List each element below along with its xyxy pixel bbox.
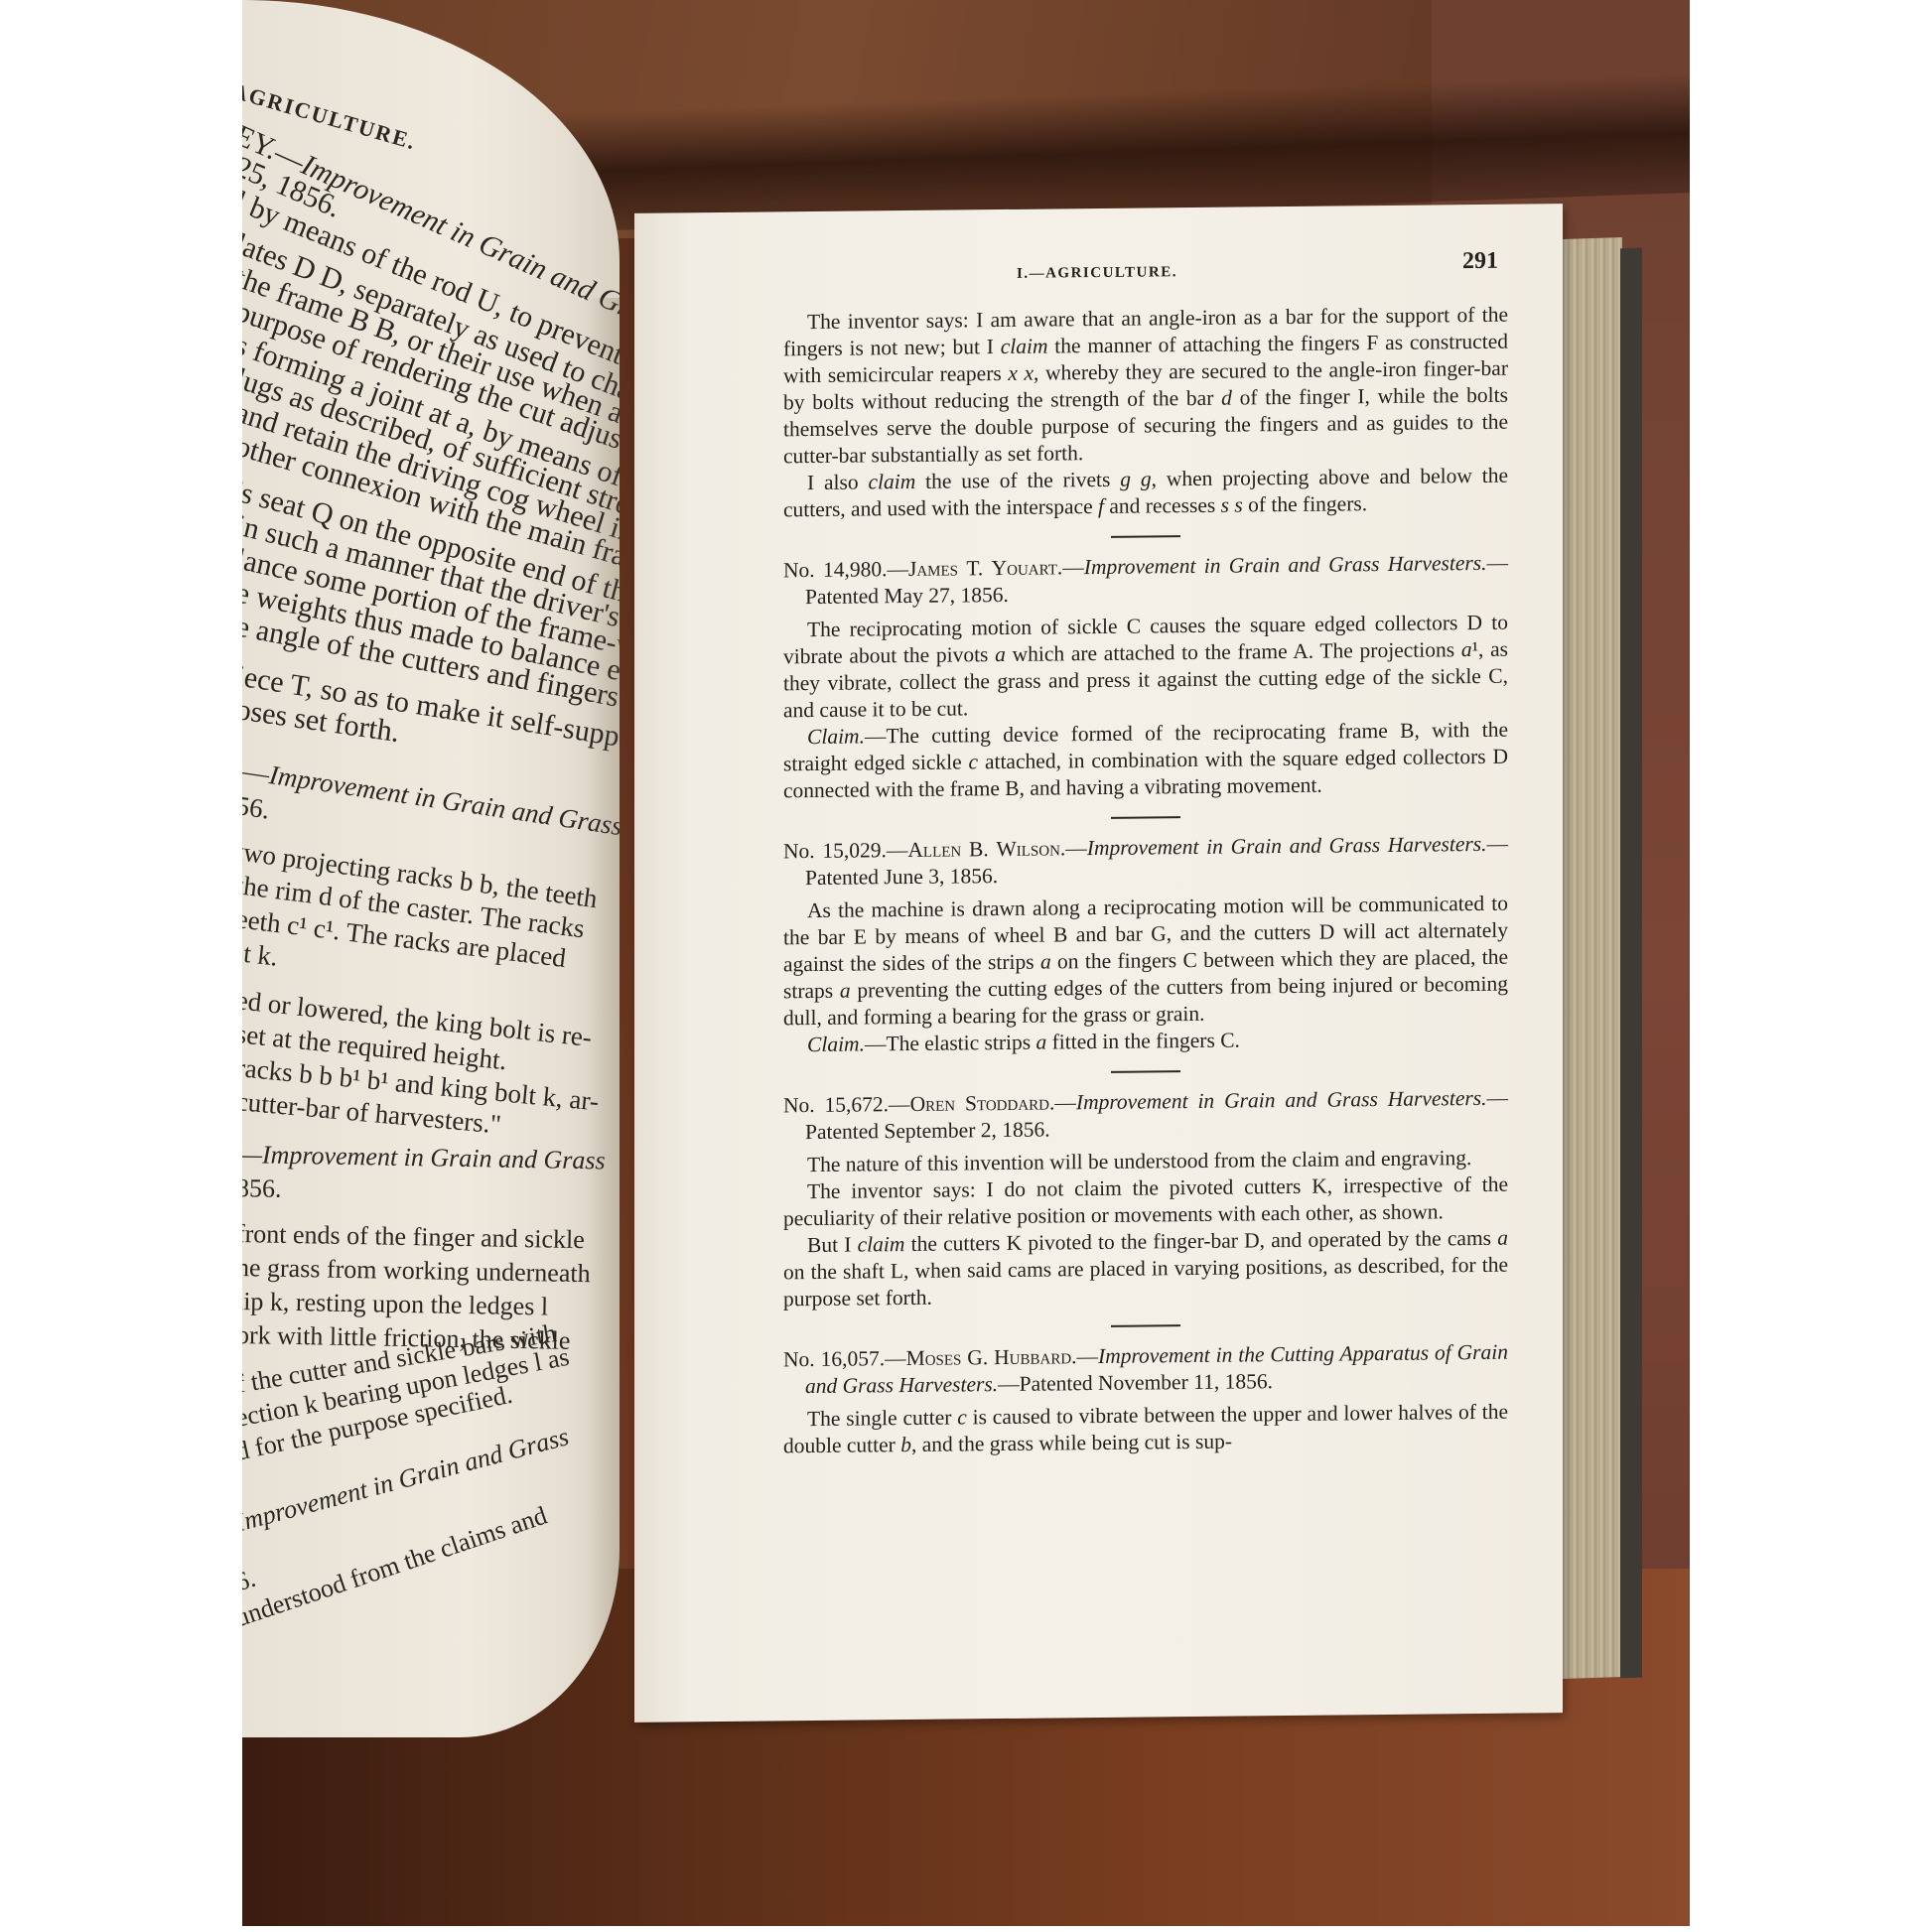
- patent-entry-heading: No. 15,029.—Allen B. Wilson.—Improvement…: [783, 831, 1508, 893]
- page-edges: [1563, 237, 1622, 1679]
- patent-entry-heading: No. 15,672.—Oren Stoddard.—Improvement i…: [783, 1085, 1508, 1147]
- section-divider: [1111, 535, 1180, 538]
- patent-entry-heading: No. 14,980.—James T. Youart.—Improvement…: [783, 550, 1508, 612]
- section-divider: [1111, 816, 1180, 819]
- left-page-line: .—Improvement in Grain and Grass: [242, 755, 620, 842]
- left-page-line: lip k, resting upon the ledges l: [242, 1287, 548, 1321]
- right-page-body: I.—AGRICULTURE. 291 The inventor says: I…: [783, 256, 1508, 1460]
- patent-entry-heading: No. 16,057.—Moses G. Hubbard.—Improvemen…: [783, 1339, 1508, 1401]
- section-divider: [1111, 1070, 1180, 1073]
- left-page-line: he grass from working underneath: [242, 1253, 591, 1289]
- left-page-line: —Improvement in Grain and Grass: [242, 1140, 606, 1175]
- right-page: I.—AGRICULTURE. 291 The inventor says: I…: [634, 204, 1563, 1723]
- running-head-title: I.—AGRICULTURE.: [1017, 259, 1177, 288]
- patent-entry-paragraph: The single cutter c is caused to vibrate…: [783, 1399, 1508, 1460]
- patent-entry-paragraph: As the machine is drawn along a reciproc…: [783, 891, 1508, 1033]
- intro-paragraph-1: The inventor says: I am aware that an an…: [783, 302, 1508, 471]
- left-page-line: lt k.: [242, 937, 280, 973]
- patent-entries: No. 14,980.—James T. Youart.—Improvement…: [783, 532, 1508, 1460]
- left-page-line: 6.: [242, 1564, 259, 1597]
- page-number: 291: [1462, 248, 1498, 275]
- left-page-line: 856.: [242, 1173, 282, 1204]
- left-page: AGRICULTURE.EY.—Improvement in Grain and…: [242, 0, 620, 1737]
- left-page-line: front ends of the finger and sickle: [242, 1219, 585, 1255]
- book-photo: AGRICULTURE.EY.—Improvement in Grain and…: [242, 0, 1690, 1926]
- section-divider: [1111, 1324, 1180, 1327]
- running-head: I.—AGRICULTURE. 291: [783, 256, 1508, 310]
- book-cover-edge: [1620, 248, 1642, 1679]
- left-page-line: 56.: [242, 790, 272, 825]
- intro-paragraph-2: I also claim the use of the rivets g g, …: [783, 463, 1508, 524]
- patent-entry-paragraph: Claim.—The cutting device formed of the …: [783, 717, 1508, 805]
- book-gutter: [585, 298, 620, 1708]
- patent-entry-paragraph: But I claim the cutters K pivoted to the…: [783, 1225, 1508, 1313]
- patent-entry-paragraph: The inventor says: I do not claim the pi…: [783, 1172, 1508, 1233]
- patent-entry-paragraph: The reciprocating motion of sickle C cau…: [783, 610, 1508, 725]
